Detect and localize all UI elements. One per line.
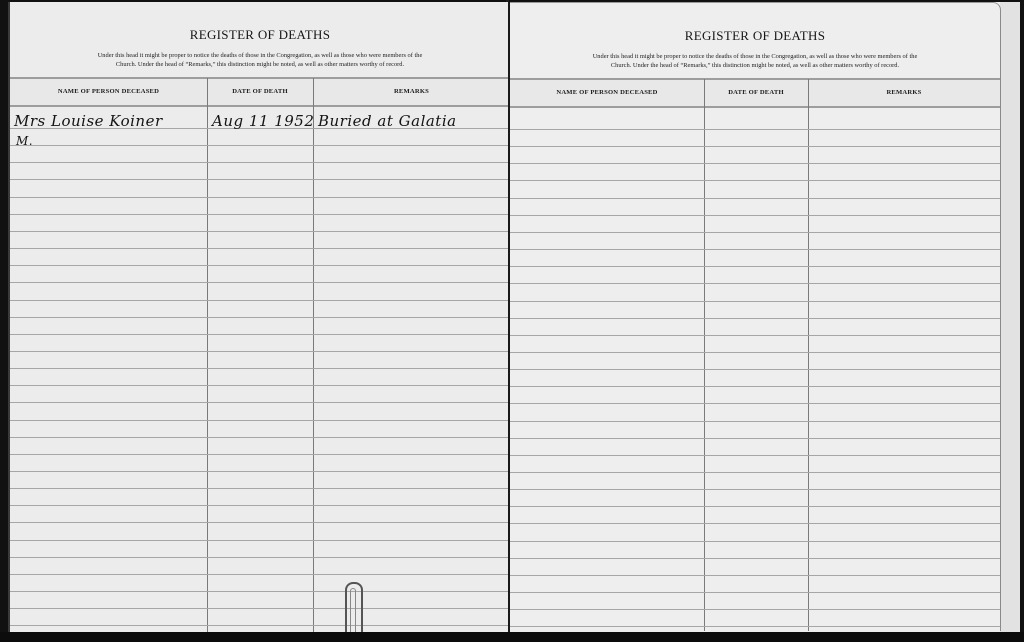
page-title: REGISTER OF DEATHS <box>10 27 510 43</box>
ruled-line <box>510 575 1000 576</box>
column-divider <box>704 79 705 631</box>
ruled-line <box>510 592 1000 593</box>
page-instructions: Under this head it might be proper to no… <box>510 52 1000 70</box>
column-header-date: DATE OF DEATH <box>207 79 313 105</box>
book-bottom-edge <box>0 632 1024 642</box>
ruled-line <box>10 574 510 575</box>
ruled-line <box>10 145 510 146</box>
ruled-line <box>510 283 1000 284</box>
right-sheet: REGISTER OF DEATHS Under this head it mi… <box>510 2 1001 631</box>
ruled-line <box>10 505 510 506</box>
ruled-line <box>10 557 510 558</box>
ruled-line <box>10 591 510 592</box>
ruled-line <box>510 455 1000 456</box>
ruled-line <box>10 162 510 163</box>
page-instructions: Under this head it might be proper to no… <box>10 51 510 69</box>
instructions-line-2: Church. Under the head of “Remarks,” thi… <box>10 60 510 69</box>
ruled-line <box>10 282 510 283</box>
left-page: REGISTER OF DEATHS Under this head it mi… <box>8 2 510 632</box>
ruled-line <box>10 300 510 301</box>
ruled-line <box>510 403 1000 404</box>
entry-name-continuation: M. <box>16 134 33 148</box>
ruled-line <box>510 369 1000 370</box>
ruled-line <box>510 523 1000 524</box>
ruled-line <box>10 420 510 421</box>
ruled-line <box>510 232 1000 233</box>
paperclip-inner <box>350 588 356 637</box>
ruled-line <box>510 180 1000 181</box>
ruled-line <box>510 301 1000 302</box>
ruled-line <box>510 129 1000 130</box>
column-header-date: DATE OF DEATH <box>704 80 808 106</box>
ruled-line <box>10 265 510 266</box>
ruled-line <box>10 334 510 335</box>
ruled-line <box>510 558 1000 559</box>
ruled-line <box>10 385 510 386</box>
ruled-line <box>10 522 510 523</box>
ruled-line <box>10 608 510 609</box>
ruled-line <box>10 625 510 626</box>
ruled-line <box>510 146 1000 147</box>
ruled-line <box>510 438 1000 439</box>
ruled-line <box>510 541 1000 542</box>
column-header-row: NAME OF PERSON DECEASED DATE OF DEATH RE… <box>510 78 1000 108</box>
ruled-line <box>10 351 510 352</box>
page-edge <box>1000 2 1020 632</box>
ruled-line <box>510 266 1000 267</box>
ruled-line <box>10 402 510 403</box>
column-header-row: NAME OF PERSON DECEASED DATE OF DEATH RE… <box>10 77 510 107</box>
ruled-line <box>510 198 1000 199</box>
ruled-line <box>510 335 1000 336</box>
ruled-line <box>510 609 1000 610</box>
ruled-line <box>10 368 510 369</box>
ruled-line <box>10 471 510 472</box>
ruled-line <box>510 318 1000 319</box>
column-header-name: NAME OF PERSON DECEASED <box>10 79 207 105</box>
page-title: REGISTER OF DEATHS <box>510 28 1000 44</box>
ruled-line <box>10 488 510 489</box>
instructions-line-1: Under this head it might be proper to no… <box>10 51 510 60</box>
ruled-line <box>510 472 1000 473</box>
entry-name: Mrs Louise Koiner <box>14 112 163 130</box>
ruled-line <box>10 231 510 232</box>
right-page: REGISTER OF DEATHS Under this head it mi… <box>508 2 1020 632</box>
column-header-remarks: REMARKS <box>313 79 510 105</box>
instructions-line-2: Church. Under the head of “Remarks,” thi… <box>510 61 1000 70</box>
ruled-line <box>510 626 1000 627</box>
column-divider <box>808 79 809 631</box>
ruled-line <box>10 437 510 438</box>
entry-remarks: Buried at Galatia <box>318 112 457 130</box>
ruled-line <box>510 489 1000 490</box>
ruled-line <box>510 421 1000 422</box>
ruled-line <box>10 454 510 455</box>
ruled-line <box>510 386 1000 387</box>
ruled-line <box>510 352 1000 353</box>
ruled-line <box>510 249 1000 250</box>
left-sheet: REGISTER OF DEATHS Under this head it mi… <box>10 2 510 632</box>
ruled-line <box>510 506 1000 507</box>
ruled-line <box>10 540 510 541</box>
ruled-line <box>10 214 510 215</box>
ruled-line <box>10 248 510 249</box>
column-header-remarks: REMARKS <box>808 80 1000 106</box>
ruled-line <box>10 197 510 198</box>
ruled-line <box>510 215 1000 216</box>
ruled-line <box>10 179 510 180</box>
ruled-line <box>10 317 510 318</box>
ruled-line <box>510 163 1000 164</box>
entry-date: Aug 11 1952 <box>212 112 314 130</box>
instructions-line-1: Under this head it might be proper to no… <box>510 52 1000 61</box>
column-header-name: NAME OF PERSON DECEASED <box>510 80 704 106</box>
